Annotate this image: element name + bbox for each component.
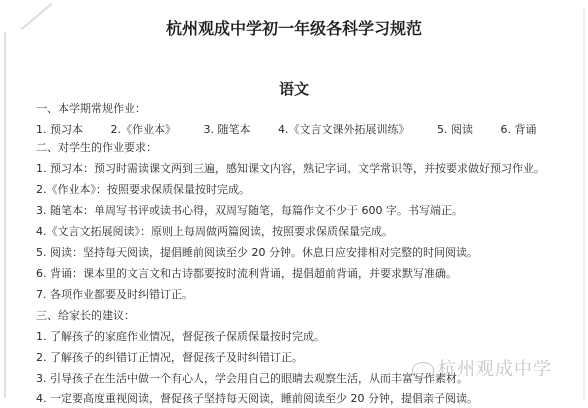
- homework-item: 6. 背诵: [501, 121, 537, 137]
- requirement-item: 1. 预习本：预习时需读课文两到三遍，感知课文内容，熟记字词、文学常识等，并按要…: [36, 160, 545, 176]
- subject-heading: 语文: [0, 78, 588, 99]
- suggestion-item: 1. 了解孩子的家庭作业情况，督促孩子保质保量按时完成。: [36, 328, 325, 344]
- homework-item: 5. 阅读: [437, 121, 473, 137]
- suggestion-item: 2. 了解孩子的纠错订正情况，督促孩子及时纠错订正。: [36, 349, 303, 365]
- homework-item: 3. 随笔本: [204, 121, 251, 137]
- homework-item: 4.《文言文课外拓展训练》: [278, 121, 410, 137]
- homework-item: 2.《作业本》: [111, 121, 177, 137]
- watermark: 杭州观成中学: [412, 355, 552, 381]
- requirement-item: 4.《文言文拓展阅读》：原则上每周做两篇阅读，按照要求保质保量完成。: [36, 223, 393, 239]
- requirement-item: 5. 阅读：坚持每天阅读，提倡睡前阅读至少 20 分钟。休息日应安排相对完整的时…: [36, 244, 478, 260]
- homework-item: 1. 预习本: [36, 121, 83, 137]
- suggestion-item: 4. 一定要高度重视阅读，督促孩子坚持每天阅读，睡前阅读至少 20 分钟，提倡亲…: [36, 390, 478, 406]
- section3-heading: 三、给家长的建议：: [36, 307, 135, 323]
- requirement-item: 7. 各项作业都要及时纠错订正。: [36, 286, 193, 302]
- requirement-item: 2.《作业本》：按照要求保质保量按时完成。: [36, 181, 250, 197]
- watermark-text: 杭州观成中学: [438, 359, 552, 380]
- homework-list: 1. 预习本 2.《作业本》 3. 随笔本 4.《文言文课外拓展训练》 5. 阅…: [36, 121, 537, 137]
- page-right-border: [583, 8, 585, 400]
- wechat-logo-icon: [412, 362, 434, 378]
- section1-heading: 一、本学期常规作业：: [36, 100, 146, 116]
- requirement-item: 6. 背诵：课本里的文言文和古诗都要按时流利背诵，提倡超前背诵，并要求默写准确。: [36, 265, 457, 281]
- suggestion-item: 3. 引导孩子在生活中做一个有心人，学会用自己的眼睛去观察生活，从而丰富写作素材…: [36, 370, 468, 386]
- requirement-item: 3. 随笔本：单周写书评或读书心得，双周写随笔，每篇作文不少于 600 字。书写…: [36, 202, 463, 218]
- section2-heading: 二、对学生的作业要求：: [36, 139, 157, 155]
- document-title: 杭州观成中学初一年级各科学习规范: [0, 16, 588, 39]
